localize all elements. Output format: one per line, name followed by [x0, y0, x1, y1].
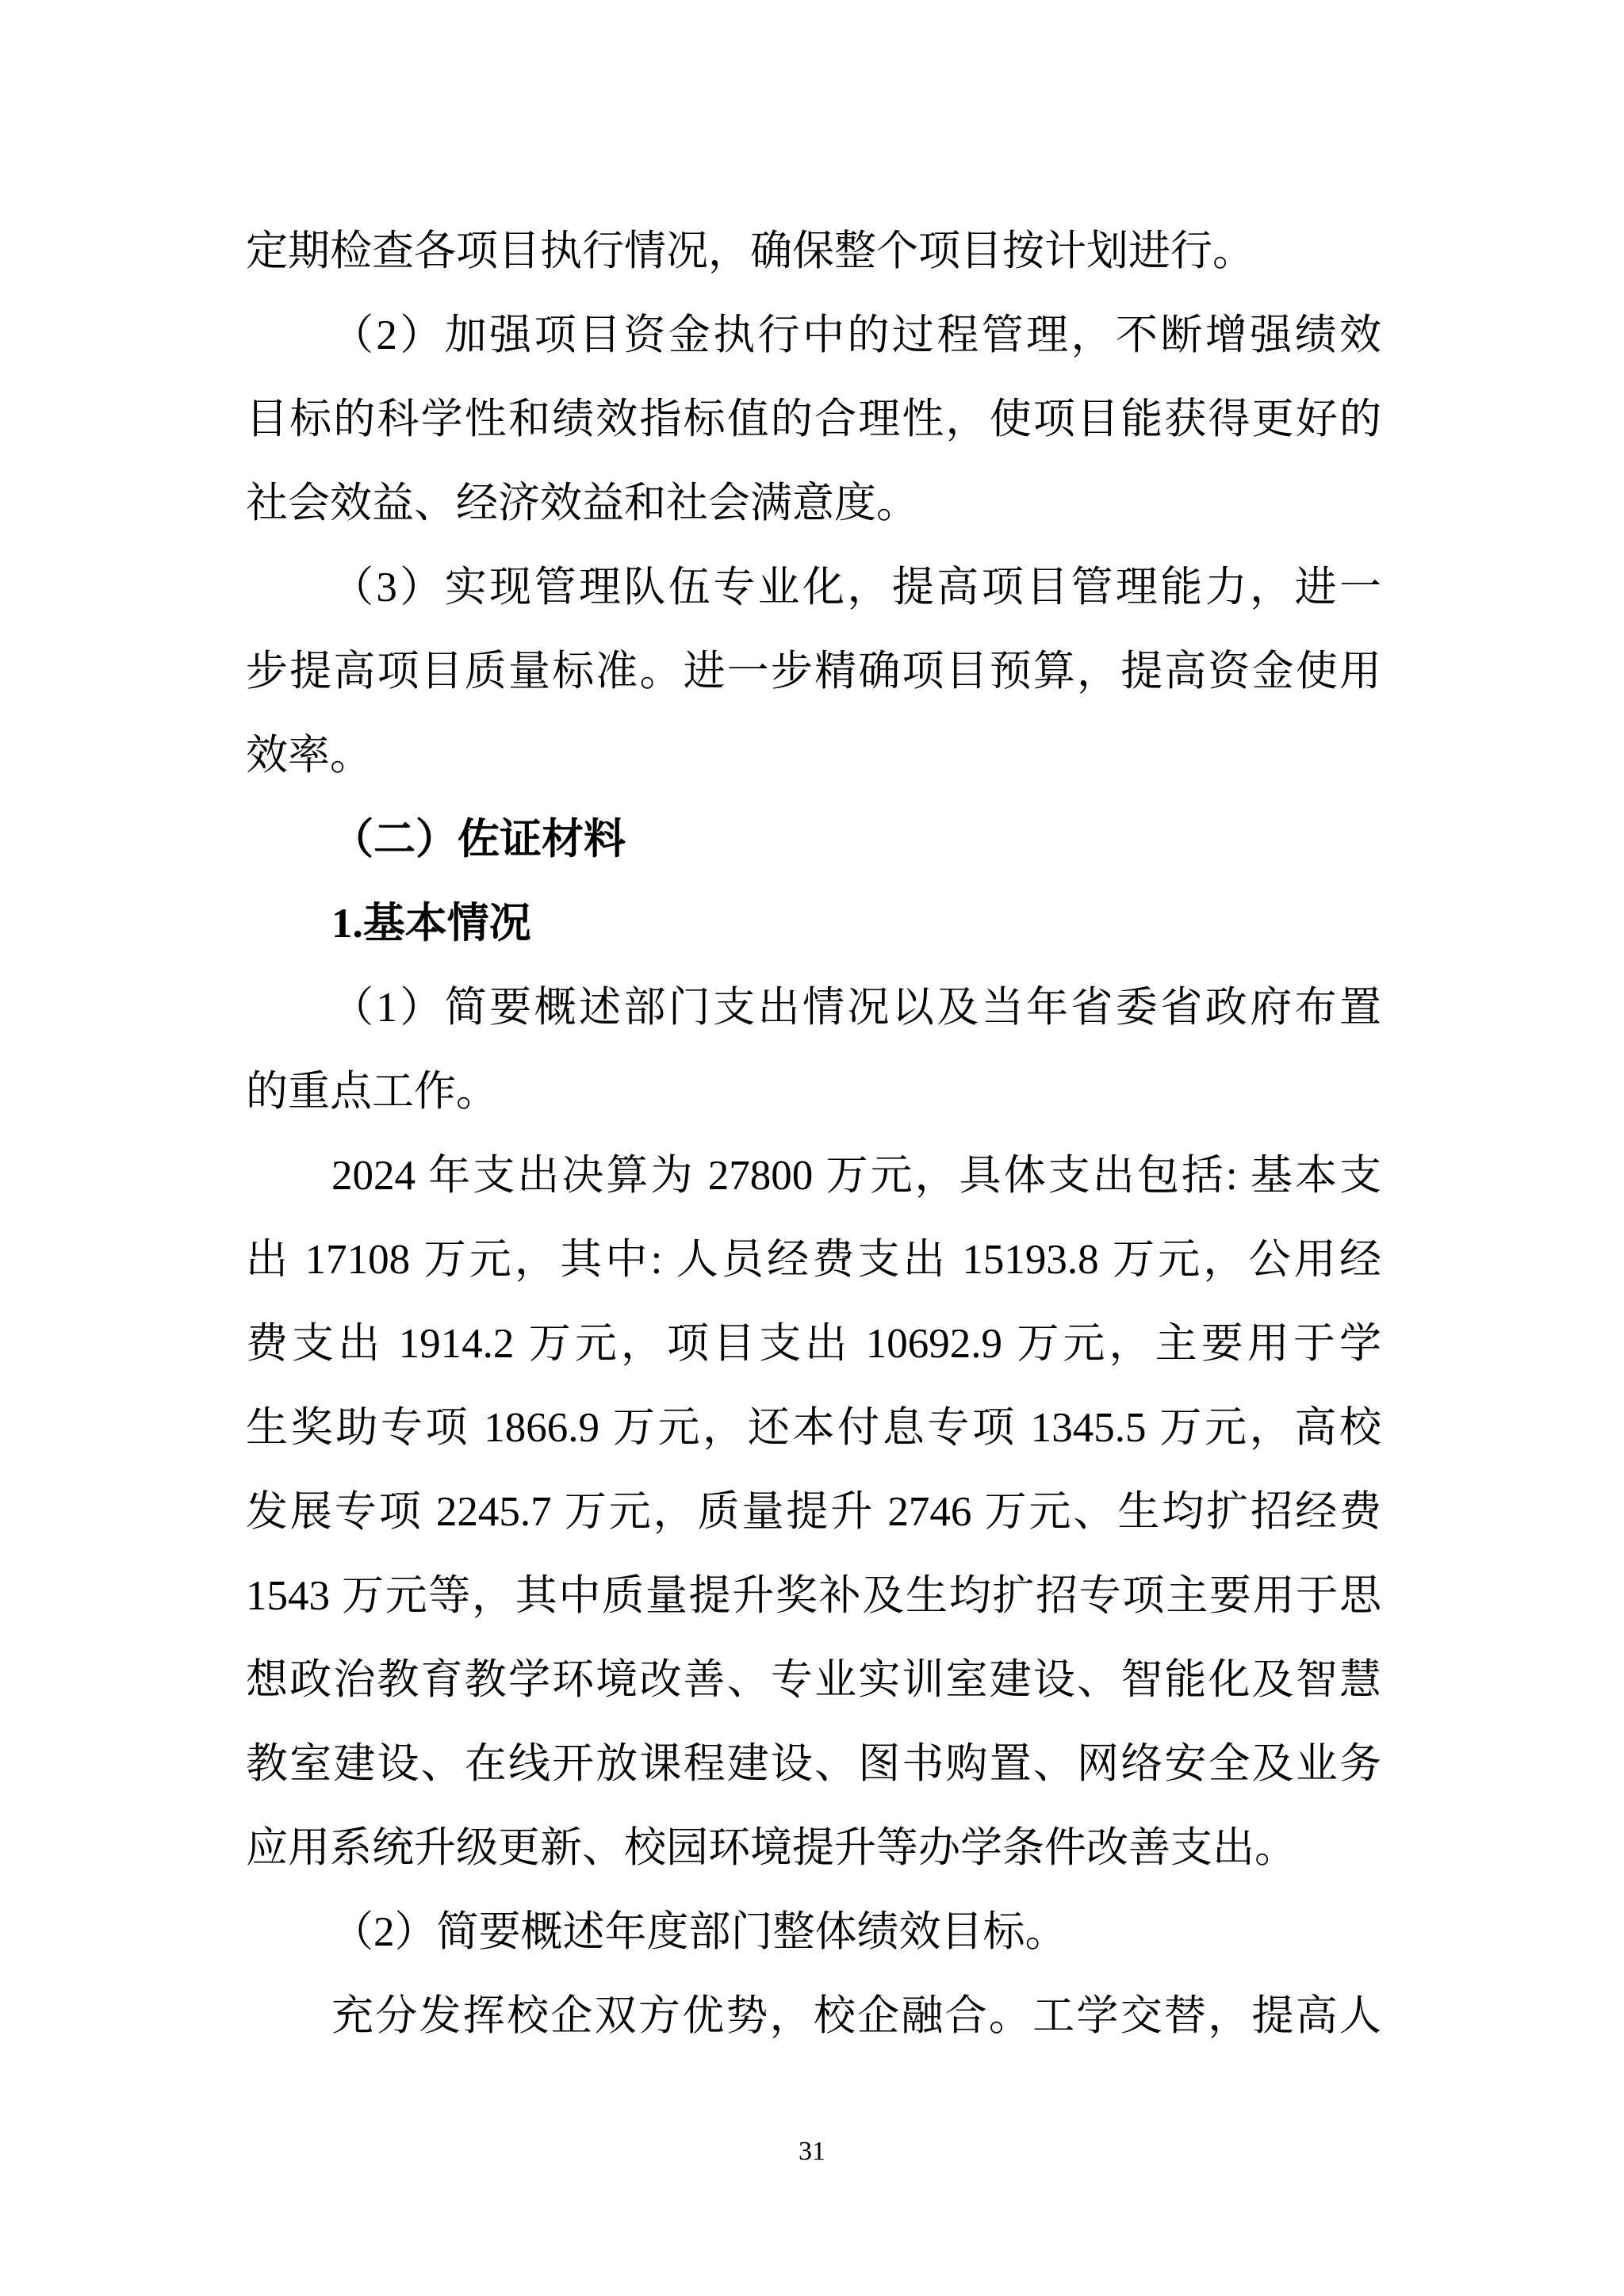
body-text-line: 想政治教育教学环境改善、专业实训室建设、智能化及智慧	[246, 1638, 1381, 1722]
body-text-line: 1543 万元等，其中质量提升奖补及生均扩招专项主要用于思	[246, 1554, 1381, 1638]
body-text-line: （2）简要概述年度部门整体绩效目标。	[246, 1890, 1381, 1974]
body-text-line: 目标的科学性和绩效指标值的合理性，使项目能获得更好的	[246, 377, 1381, 461]
body-text-line: 发展专项 2245.7 万元，质量提升 2746 万元、生均扩招经费	[246, 1470, 1381, 1554]
body-text-line: （2）加强项目资金执行中的过程管理，不断增强绩效	[246, 293, 1381, 377]
body-text-line: （3）实现管理队伍专业化，提高项目管理能力，进一	[246, 545, 1381, 629]
body-text-line: 定期检查各项目执行情况，确保整个项目按计划进行。	[246, 209, 1381, 293]
body-text-line: 2024 年支出决算为 27800 万元，具体支出包括: 基本支	[246, 1134, 1381, 1218]
body-text-line: 步提高项目质量标准。进一步精确项目预算，提高资金使用	[246, 629, 1381, 714]
document-page: 定期检查各项目执行情况，确保整个项目按计划进行。 （2）加强项目资金执行中的过程…	[0, 0, 1624, 2296]
section-heading: （二）佐证材料	[246, 798, 1381, 882]
body-text-line: 应用系统升级更新、校园环境提升等办学条件改善支出。	[246, 1806, 1381, 1890]
body-text-line: 费支出 1914.2 万元，项目支出 10692.9 万元，主要用于学	[246, 1302, 1381, 1386]
body-text-line: （1）简要概述部门支出情况以及当年省委省政府布置	[246, 966, 1381, 1050]
body-text-line: 效率。	[246, 714, 1381, 798]
subsection-heading: 1.基本情况	[246, 882, 1381, 966]
body-text-line: 生奖助专项 1866.9 万元，还本付息专项 1345.5 万元，高校	[246, 1386, 1381, 1470]
document-body: 定期检查各项目执行情况，确保整个项目按计划进行。 （2）加强项目资金执行中的过程…	[246, 209, 1381, 2058]
body-text-line: 充分发挥校企双方优势，校企融合。工学交替，提高人	[246, 1974, 1381, 2058]
body-text-line: 的重点工作。	[246, 1050, 1381, 1134]
body-text-line: 出 17108 万元，其中: 人员经费支出 15193.8 万元，公用经	[246, 1218, 1381, 1302]
body-text-line: 社会效益、经济效益和社会满意度。	[246, 461, 1381, 545]
page-number: 31	[0, 2134, 1624, 2169]
body-text-line: 教室建设、在线开放课程建设、图书购置、网络安全及业务	[246, 1722, 1381, 1806]
